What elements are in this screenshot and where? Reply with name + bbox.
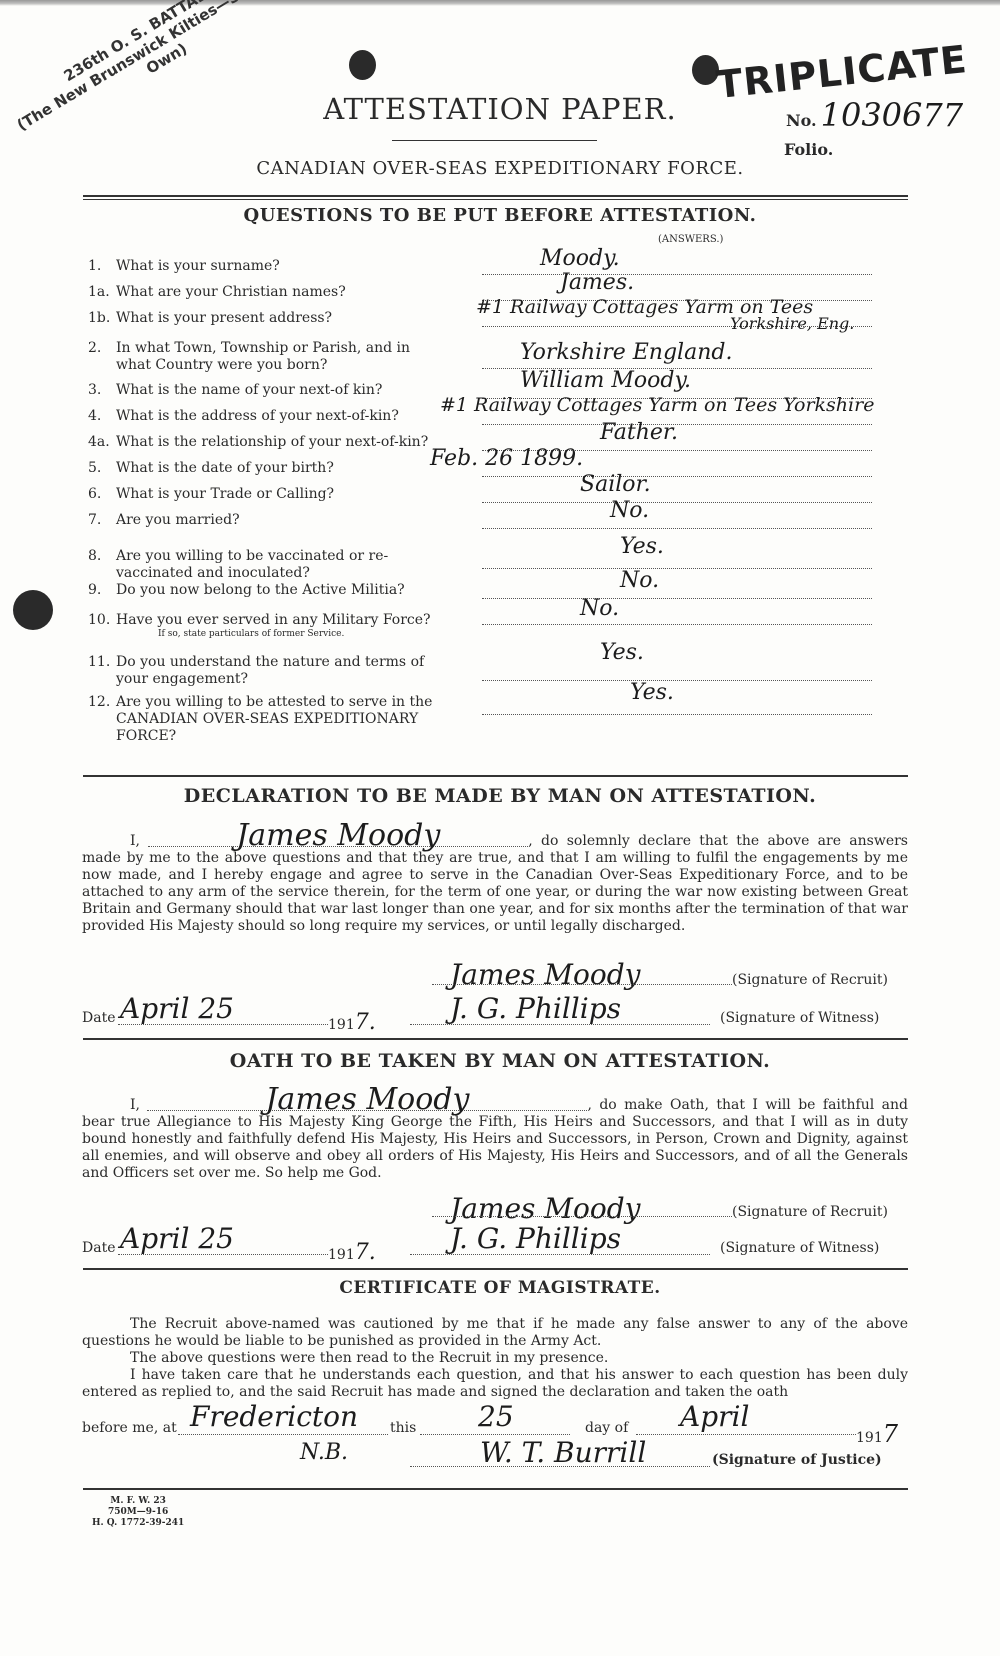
question-row: 9.Do you now belong to the Active Militi… bbox=[88, 582, 468, 599]
oath-line1: , do make Oath, that I will be faithful … bbox=[587, 1097, 908, 1113]
justice-signature: W. T. Burrill bbox=[480, 1436, 646, 1469]
signature-label: (Signature of Recruit) bbox=[732, 972, 888, 988]
declaration-text: I, James Moody, do solemnly declare that… bbox=[82, 826, 908, 935]
certificate-place-province: N.B. bbox=[300, 1440, 348, 1465]
place-line bbox=[178, 1434, 388, 1435]
answer-value-line2: Yorkshire, Eng. bbox=[730, 314, 854, 333]
question-number: 7. bbox=[88, 512, 116, 529]
para-2-text: The above questions were then read to th… bbox=[130, 1350, 608, 1366]
oath-heading: OATH TO BE TAKEN BY MAN ON ATTESTATION. bbox=[0, 1050, 1000, 1072]
battalion-stamp: 236th O. S. BATTALION (The New Brunswick… bbox=[2, 0, 313, 151]
this-label: this bbox=[390, 1420, 416, 1436]
question-text: What is the relationship of your next-of… bbox=[116, 434, 428, 450]
answer-line bbox=[482, 624, 872, 625]
question-row: 1b.What is your present address? bbox=[88, 310, 468, 327]
oath-date: April 25 bbox=[120, 1222, 234, 1255]
certificate-para-3: I have taken care that he understands ea… bbox=[82, 1367, 908, 1401]
answer-value: James. bbox=[560, 270, 634, 295]
certificate-month: April bbox=[680, 1400, 749, 1433]
oath-name: James Moody bbox=[147, 1090, 587, 1111]
hq-reference: H. Q. 1772-39-241 bbox=[92, 1518, 184, 1529]
question-row: 10.Have you ever served in any Military … bbox=[88, 612, 468, 640]
declaration-date: April 25 bbox=[120, 992, 234, 1025]
divider bbox=[83, 1488, 908, 1490]
question-row: 3.What is the name of your next-of kin? bbox=[88, 382, 468, 399]
certificate-day: 25 bbox=[478, 1400, 514, 1433]
question-row: 8.Are you willing to be vaccinated or re… bbox=[88, 548, 468, 582]
signature-line bbox=[432, 984, 732, 985]
divider bbox=[83, 195, 908, 200]
question-text: What is your present address? bbox=[116, 310, 332, 326]
punch-hole-icon bbox=[349, 50, 376, 80]
question-number: 9. bbox=[88, 582, 116, 599]
question-text: In what Town, Township or Parish, and in bbox=[116, 340, 410, 356]
witness-label: (Signature of Witness) bbox=[720, 1240, 879, 1256]
answer-value: Yes. bbox=[630, 680, 674, 705]
answer-value: No. bbox=[610, 498, 649, 523]
number-label: No. bbox=[786, 111, 817, 130]
question-row: 1a.What are your Christian names? bbox=[88, 284, 468, 301]
signature-line bbox=[432, 1216, 732, 1217]
question-text: Do you understand the nature and terms o… bbox=[116, 654, 424, 670]
month-line bbox=[636, 1434, 856, 1435]
punch-hole-icon bbox=[13, 590, 53, 630]
question-row: 6.What is your Trade or Calling? bbox=[88, 486, 468, 503]
oath-body: bear true Allegiance to His Majesty King… bbox=[82, 1114, 908, 1181]
year-prefix: 191 bbox=[328, 1017, 355, 1033]
certificate-year: 1917 bbox=[856, 1420, 898, 1448]
document-subtitle: CANADIAN OVER-SEAS EXPEDITIONARY FORCE. bbox=[0, 158, 1000, 179]
answer-line bbox=[482, 528, 872, 529]
day-line bbox=[420, 1434, 570, 1435]
question-number: 12. bbox=[88, 694, 116, 711]
question-number: 6. bbox=[88, 486, 116, 503]
certificate-place: Fredericton bbox=[190, 1400, 358, 1433]
oath-text: I, James Moody, do make Oath, that I wil… bbox=[82, 1090, 908, 1182]
question-number: 1. bbox=[88, 258, 116, 275]
answer-line bbox=[482, 502, 872, 503]
declaration-prefix: I, bbox=[82, 833, 140, 849]
question-text-line2: your engagement? bbox=[88, 671, 468, 688]
question-text: What is your Trade or Calling? bbox=[116, 486, 334, 502]
signature-label: (Signature of Recruit) bbox=[732, 1204, 888, 1220]
question-number: 3. bbox=[88, 382, 116, 399]
divider bbox=[83, 1038, 908, 1040]
answer-value: Father. bbox=[600, 420, 678, 445]
question-text-line2: CANADIAN OVER-SEAS EXPEDITIONARY FORCE? bbox=[88, 711, 468, 745]
scan-edge bbox=[0, 0, 1000, 6]
question-text: Are you willing to be attested to serve … bbox=[116, 694, 432, 710]
folio-label: Folio. bbox=[784, 140, 833, 159]
date-label: Date bbox=[82, 1240, 115, 1256]
oath-recruit-signature: James Moody bbox=[450, 1192, 640, 1225]
question-text: What is the date of your birth? bbox=[116, 460, 334, 476]
question-text: What is the address of your next-of-kin? bbox=[116, 408, 399, 424]
answer-value: No. bbox=[620, 568, 659, 593]
question-text: What is your surname? bbox=[116, 258, 280, 274]
question-number: 11. bbox=[88, 654, 116, 671]
question-text-line2: vaccinated and inoculated? bbox=[88, 565, 468, 582]
certificate-para-2: The above questions were then read to th… bbox=[82, 1350, 908, 1367]
question-number: 8. bbox=[88, 548, 116, 565]
form-code: M. F. W. 23 bbox=[92, 1496, 184, 1507]
oath-prefix: I, bbox=[82, 1097, 140, 1113]
question-number: 5. bbox=[88, 460, 116, 477]
year-suffix: 7. bbox=[355, 1010, 376, 1035]
answer-line bbox=[482, 680, 872, 681]
question-text: Are you willing to be vaccinated or re- bbox=[116, 548, 388, 564]
para-3-text: I have taken care that he understands ea… bbox=[82, 1367, 908, 1400]
question-text: What are your Christian names? bbox=[116, 284, 346, 300]
answers-label: (ANSWERS.) bbox=[658, 234, 723, 245]
number-value: 1030677 bbox=[821, 96, 964, 134]
answer-value: Yes. bbox=[620, 534, 664, 559]
witness-label: (Signature of Witness) bbox=[720, 1010, 879, 1026]
questions-heading: QUESTIONS TO BE PUT BEFORE ATTESTATION. bbox=[0, 205, 1000, 226]
question-text: Have you ever served in any Military For… bbox=[116, 612, 431, 628]
year-prefix: 191 bbox=[328, 1247, 355, 1263]
year-suffix: 7 bbox=[883, 1420, 898, 1448]
answer-line bbox=[482, 274, 872, 275]
question-number: 4a. bbox=[88, 434, 116, 451]
year-suffix: 7. bbox=[355, 1240, 376, 1265]
justice-label: (Signature of Justice) bbox=[712, 1452, 882, 1468]
para-1-text: The Recruit above-named was cautioned by… bbox=[82, 1316, 908, 1349]
question-number: 2. bbox=[88, 340, 116, 357]
question-number: 10. bbox=[88, 612, 116, 629]
question-row: 12.Are you willing to be attested to ser… bbox=[88, 694, 468, 745]
question-text: Are you married? bbox=[116, 512, 240, 528]
question-row: 5.What is the date of your birth? bbox=[88, 460, 468, 477]
question-number: 1b. bbox=[88, 310, 116, 327]
question-number: 1a. bbox=[88, 284, 116, 301]
answer-value: Moody. bbox=[540, 246, 620, 271]
before-me-label: before me, at bbox=[82, 1420, 177, 1436]
question-note: If so, state particulars of former Servi… bbox=[88, 629, 468, 640]
question-row: 2.In what Town, Township or Parish, and … bbox=[88, 340, 468, 374]
question-text: What is the name of your next-of kin? bbox=[116, 382, 382, 398]
declaration-recruit-signature: James Moody bbox=[450, 958, 640, 991]
date-year: 1917. bbox=[328, 1010, 376, 1035]
answer-value: #1 Railway Cottages Yarm on Tees Yorkshi… bbox=[440, 394, 874, 416]
certificate-para-1: The Recruit above-named was cautioned by… bbox=[82, 1316, 908, 1350]
oath-witness-signature: J. G. Phillips bbox=[450, 1222, 621, 1255]
declaration-name: James Moody bbox=[148, 826, 528, 847]
divider bbox=[83, 775, 908, 777]
question-text-line2: what Country were you born? bbox=[88, 357, 468, 374]
divider bbox=[83, 1268, 908, 1270]
answer-value: Feb. 26 1899. bbox=[430, 446, 583, 471]
answer-line bbox=[482, 598, 872, 599]
answer-value: No. bbox=[580, 596, 619, 621]
question-number: 4. bbox=[88, 408, 116, 425]
question-row: 4.What is the address of your next-of-ki… bbox=[88, 408, 468, 425]
question-row: 4a.What is the relationship of your next… bbox=[88, 434, 468, 451]
question-row: 7.Are you married? bbox=[88, 512, 468, 529]
declaration-witness-signature: J. G. Phillips bbox=[450, 992, 621, 1025]
declaration-heading: DECLARATION TO BE MADE BY MAN ON ATTESTA… bbox=[0, 785, 1000, 807]
question-row: 11.Do you understand the nature and term… bbox=[88, 654, 468, 688]
declaration-line1: , do solemnly declare that the above are… bbox=[528, 833, 908, 849]
answer-value: Yes. bbox=[600, 640, 644, 665]
answer-value: William Moody. bbox=[520, 368, 691, 393]
day-of-label: day of bbox=[585, 1420, 628, 1436]
form-codes: M. F. W. 23 750M—9-16 H. Q. 1772-39-241 bbox=[92, 1496, 184, 1529]
title-underline bbox=[392, 140, 597, 141]
date-year: 1917. bbox=[328, 1240, 376, 1265]
year-prefix: 191 bbox=[856, 1430, 883, 1446]
certificate-text: The Recruit above-named was cautioned by… bbox=[82, 1316, 908, 1401]
regimental-number: No.1030677 bbox=[786, 96, 963, 134]
certificate-heading: CERTIFICATE OF MAGISTRATE. bbox=[0, 1278, 1000, 1298]
print-run: 750M—9-16 bbox=[92, 1507, 184, 1518]
question-text: Do you now belong to the Active Militia? bbox=[116, 582, 405, 598]
answer-line bbox=[482, 568, 872, 569]
answer-line bbox=[482, 714, 872, 715]
declaration-body: made by me to the above questions and th… bbox=[82, 850, 908, 934]
answer-line bbox=[482, 476, 872, 477]
question-row: 1.What is your surname? bbox=[88, 258, 468, 275]
answer-value: Yorkshire England. bbox=[520, 340, 732, 365]
date-label: Date bbox=[82, 1010, 115, 1026]
answer-value: Sailor. bbox=[580, 472, 651, 497]
